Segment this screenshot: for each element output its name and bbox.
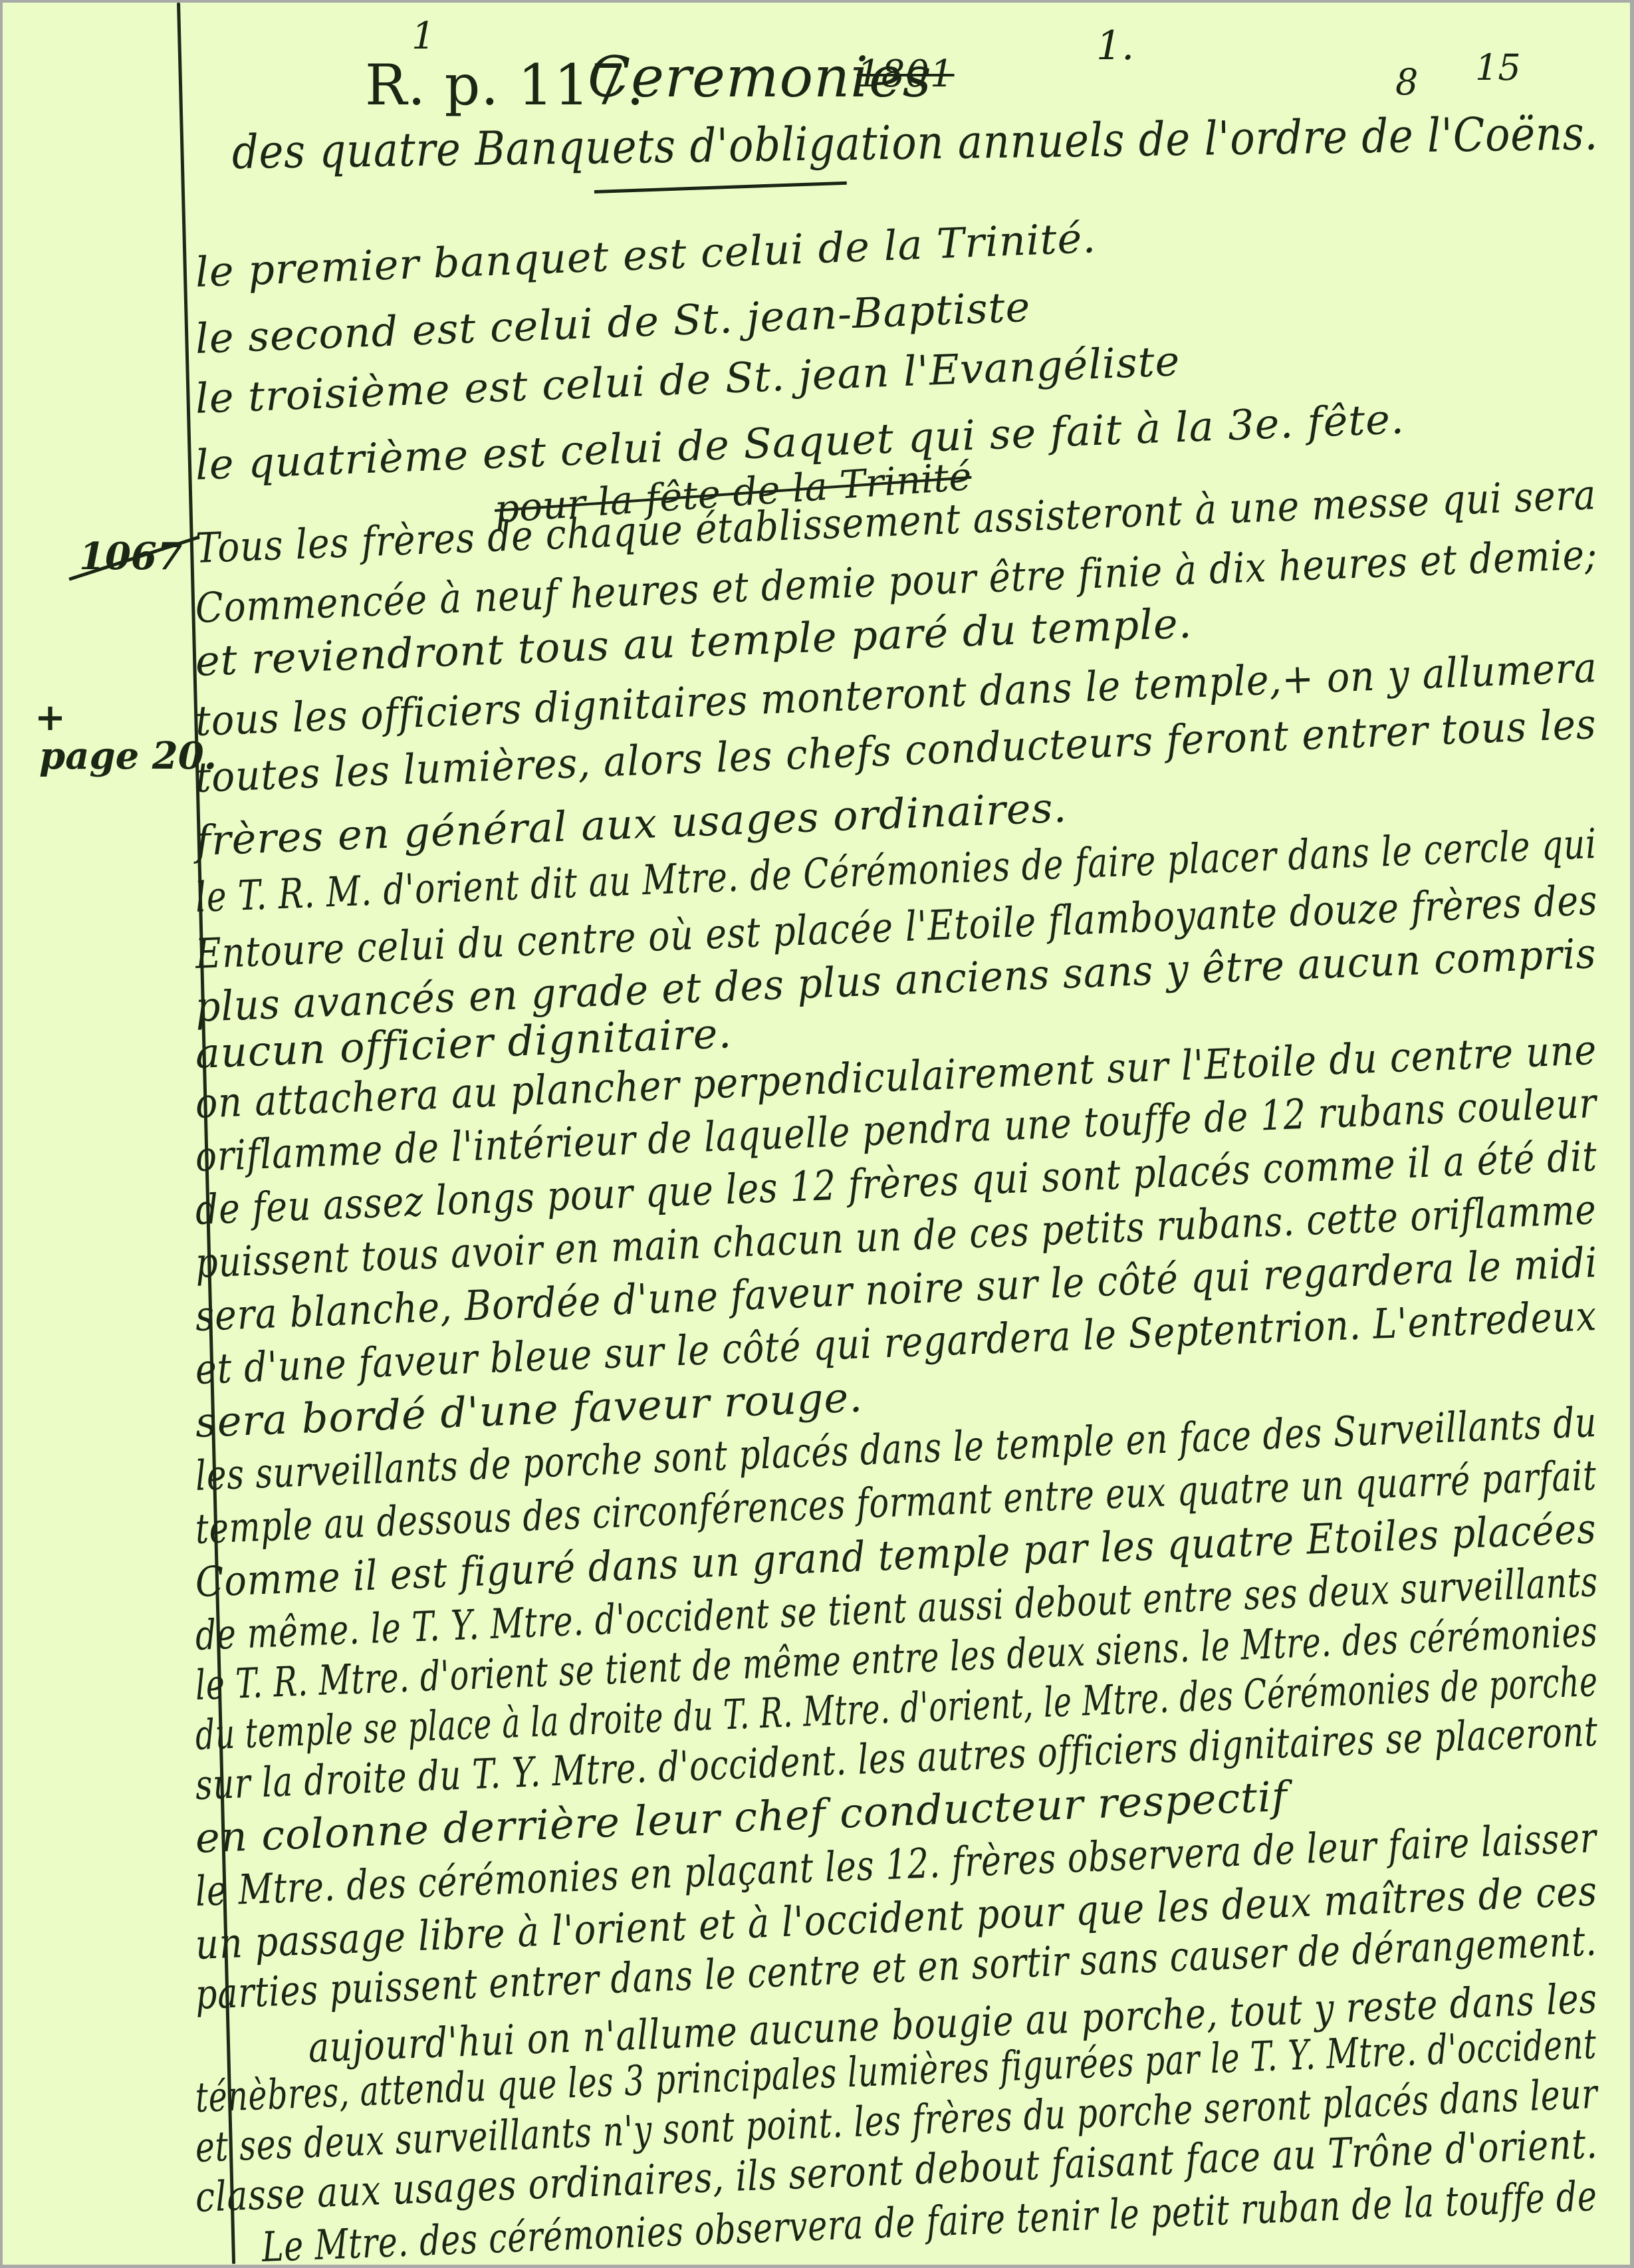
margin-insertion-mark: + — [35, 695, 66, 739]
folio-number-left: 8 — [1395, 61, 1418, 103]
top-mark-left: 1 — [411, 15, 435, 58]
page-subtitle: des quatre Banquets d'obligation annuels… — [232, 110, 1599, 176]
margin-page-reference: page 20. — [39, 734, 217, 778]
top-mark-right: 1. — [1096, 23, 1134, 69]
margin-struck-number: 1067 — [79, 535, 183, 578]
manuscript-page: 1 1. R. p. 117. Ceremonies 1801 8 15 des… — [3, 3, 1630, 2265]
title-struck-marks: 1801 — [857, 56, 955, 93]
manuscript-line: le premier banquet est celui de la Trini… — [195, 217, 1097, 293]
folio-number-right: 15 — [1475, 47, 1521, 88]
subtitle-underline — [594, 182, 847, 193]
